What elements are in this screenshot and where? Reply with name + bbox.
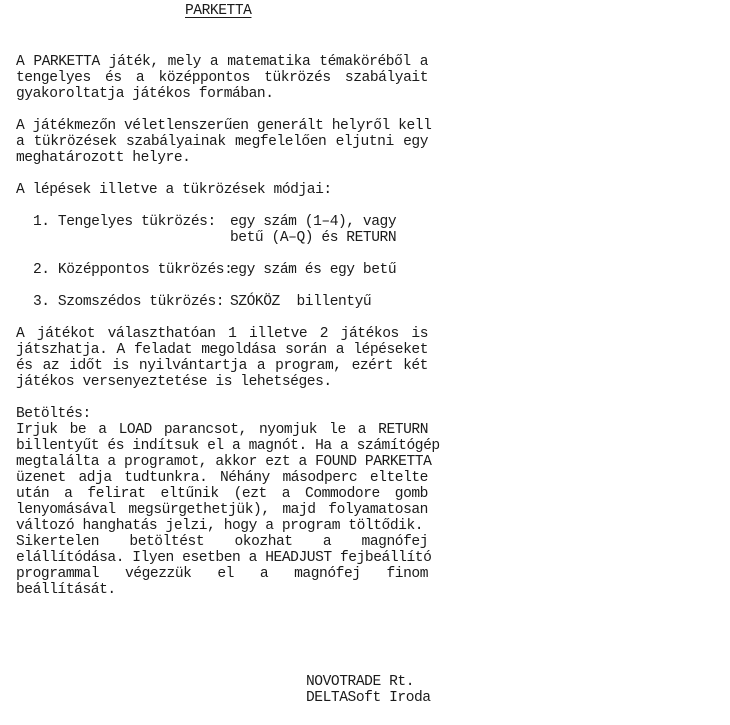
move-label: 2. Középpontos tükrözés: bbox=[33, 262, 232, 278]
text-line: beállítását. bbox=[16, 582, 428, 598]
text-line: változó hanghatás jelzi, hogy a program … bbox=[16, 518, 428, 534]
company-name: NOVOTRADE Rt. bbox=[306, 674, 431, 690]
text-line: játékos versenyeztetése is lehetséges. bbox=[16, 374, 428, 390]
move-item-adjacent: 3. Szomszédos tükrözés: SZÓKÖZ billentyű bbox=[33, 294, 433, 310]
text-line: gyakoroltatja játékos formában. bbox=[16, 86, 428, 102]
text-line: programmal végezzük el a magnófej finom bbox=[16, 566, 428, 582]
text-line: tengelyes és a középpontos tükrözés szab… bbox=[16, 70, 428, 86]
loading-section: Betöltés: Irjuk be a LOAD parancsot, nyo… bbox=[16, 406, 428, 598]
text-line: A játékot választhatóan 1 illetve 2 játé… bbox=[16, 326, 428, 342]
move-value: betű (A–Q) és RETURN bbox=[230, 230, 396, 246]
move-value: SZÓKÖZ billentyű bbox=[230, 294, 371, 310]
text-line: megtalálta a programot, akkor ezt a FOUN… bbox=[16, 454, 428, 470]
move-value: egy szám (1–4), vagy bbox=[230, 214, 396, 230]
move-value: egy szám és egy betű bbox=[230, 262, 396, 278]
text-line: billentyűt és indítsuk el a magnót. Ha a… bbox=[16, 438, 428, 454]
text-line: után a felirat eltűnik (ezt a Commodore … bbox=[16, 486, 428, 502]
loading-heading: Betöltés: bbox=[16, 406, 428, 422]
intro-paragraph: A PARKETTA játék, mely a matematika téma… bbox=[16, 54, 428, 102]
move-item-axial: 1. Tengelyes tükrözés: egy szám (1–4), v… bbox=[33, 214, 433, 230]
move-item-axial-continued: betű (A–Q) és RETURN bbox=[33, 230, 433, 246]
moves-heading: A lépések illetve a tükrözések módjai: bbox=[16, 182, 428, 198]
signature-block: NOVOTRADE Rt. DELTASoft Iroda bbox=[306, 674, 431, 706]
text-line: Sikertelen betöltést okozhat a magnófej bbox=[16, 534, 428, 550]
text-line: lenyomásával megsürgethetjük), majd foly… bbox=[16, 502, 428, 518]
text-line: meghatározott helyre. bbox=[16, 150, 428, 166]
move-label: 3. Szomszédos tükrözés: bbox=[33, 294, 224, 310]
text-line: A lépések illetve a tükrözések módjai: bbox=[16, 182, 428, 198]
text-line: és az időt is nyilvántartja a program, e… bbox=[16, 358, 428, 374]
text-line: Irjuk be a LOAD parancsot, nyomjuk le a … bbox=[16, 422, 428, 438]
office-name: DELTASoft Iroda bbox=[306, 690, 431, 706]
document-page: PARKETTA A PARKETTA játék, mely a matema… bbox=[0, 0, 730, 725]
text-line: A PARKETTA játék, mely a matematika téma… bbox=[16, 54, 428, 70]
goal-paragraph: A játékmezőn véletlenszerűen generált he… bbox=[16, 118, 428, 166]
text-line: A játékmezőn véletlenszerűen generált he… bbox=[16, 118, 428, 134]
move-item-central: 2. Középpontos tükrözés: egy szám és egy… bbox=[33, 262, 433, 278]
text-line: játszhatja. A feladat megoldása során a … bbox=[16, 342, 428, 358]
text-line: üzenet adja tudtunkra. Néhány másodperc … bbox=[16, 470, 428, 486]
text-line: elállítódása. Ilyen esetben a HEADJUST f… bbox=[16, 550, 428, 566]
text-line: a tükrözések szabályainak megfelelően el… bbox=[16, 134, 428, 150]
document-title: PARKETTA bbox=[185, 3, 251, 19]
players-paragraph: A játékot választhatóan 1 illetve 2 játé… bbox=[16, 326, 428, 390]
move-label: 1. Tengelyes tükrözés: bbox=[33, 214, 216, 230]
